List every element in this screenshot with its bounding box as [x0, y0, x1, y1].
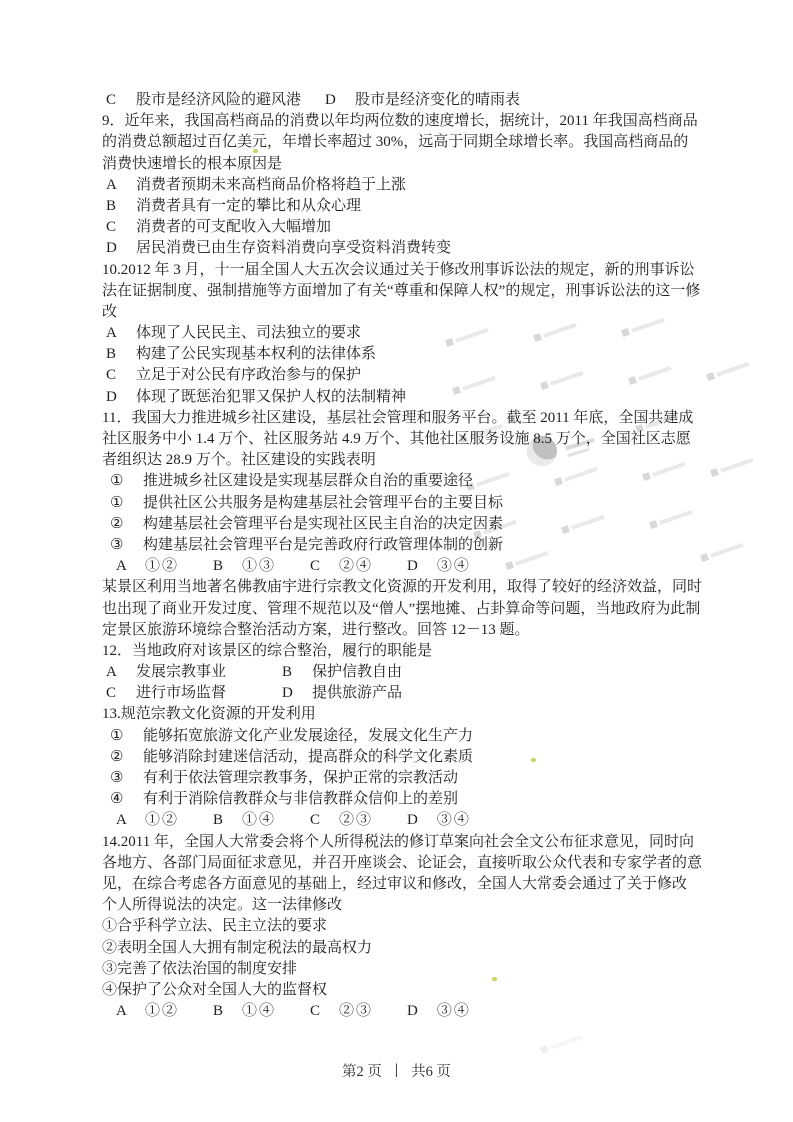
option-row: A消费者预期未来高档商品价格将趋于上涨 [102, 175, 702, 196]
option-row: A体现了人民民主、司法独立的要求 [102, 323, 702, 344]
statement-text: 能够拓宽旅游文化产业发展途径，发展文化生产力 [143, 728, 473, 744]
watermark-stamp [700, 541, 744, 562]
question-14-stem-line: 见，在综合考虑各方面意见的基础上，经过审议和修改，全国人大常委会通过了关于修改 [102, 874, 702, 895]
option-text: 立足于对公民有序政治参与的保护 [136, 367, 361, 383]
option-letter: A [106, 323, 136, 344]
exam-body: C股市是经济风险的避风港 D股市是经济变化的晴雨表 9．近年来，我国高档商品的消… [102, 90, 702, 1022]
option-letter: C [106, 90, 136, 111]
option-letter: A [106, 175, 136, 196]
statement-row: ②构建基层社会管理平台是实现社区民主自治的决定因素 [102, 514, 702, 535]
question-11-stem-line: 11．我国大力推进城乡社区建设，基层社会管理和服务平台。截至 2011 年底，全… [102, 408, 702, 429]
statement-row: ②能够消除封建迷信活动，提高群众的科学文化素质 [102, 747, 702, 768]
circled-number: ① [110, 493, 143, 514]
option-pair-row: C股市是经济风险的避风港 D股市是经济变化的晴雨表 [102, 90, 702, 111]
statement-row: ③完善了依法治国的制度安排 [102, 959, 702, 980]
statement-text: 构建基层社会管理平台是实现社区民主自治的决定因素 [143, 516, 503, 532]
option-text: 保护信教自由 [312, 664, 402, 680]
question-14-stem-line: 个人所得说法的决定。这一法律修改 [102, 895, 702, 916]
circled-number: ② [110, 514, 143, 535]
option-text: 股市是经济风险的避风港 [136, 92, 301, 108]
option-letter: B [106, 344, 136, 365]
option-text: 消费者预期未来高档商品价格将趋于上涨 [136, 177, 406, 193]
option-letter: D [106, 387, 136, 408]
option-text: 构建了公民实现基本权利的法律体系 [136, 346, 376, 362]
question-14-stem-line: 各地方、各部门局面征求意见，并召开座谈会、论证会，直接听取公众代表和专家学者的意 [102, 853, 702, 874]
statement-row: ①能够拓宽旅游文化产业发展途径，发展文化生产力 [102, 726, 702, 747]
option-letter: A [106, 662, 136, 683]
option-letter: C [106, 217, 136, 238]
question-11-stem-line: 者组织达 28.9 万个。社区建设的实践表明 [102, 450, 702, 471]
option-pair-row: C进行市场监督 D提供旅游产品 [102, 683, 702, 704]
scenario-paragraph-line: 也出现了商业开发过度、管理不规范以及“僧人”摆地摊、占卦算命等问题，当地政府为此… [102, 599, 702, 620]
option-text: 股市是经济变化的晴雨表 [355, 92, 520, 108]
question-9-stem-line: 的消费总额超过百亿美元，年增长率超过 30%，远高于同期全球增长率。我国高档商品… [102, 132, 702, 153]
option-text: 进行市场监督 [136, 685, 226, 701]
page-footer: 第2 页 | 共6 页 [0, 1060, 793, 1081]
option-letter: D [282, 683, 312, 704]
watermark-stamp [710, 456, 754, 477]
option-letter: B [282, 662, 312, 683]
option-text: 居民消费已由生存资料消费向享受资料消费转变 [136, 240, 451, 256]
watermark-stamp [540, 1033, 584, 1054]
option-row: D居民消费已由生存资料消费向享受资料消费转变 [102, 238, 702, 259]
statement-text: 构建基层社会管理平台是完善政府行政管理体制的创新 [143, 537, 503, 553]
answer-choices-row: A ①② B ①③ C ②④ D ③④ [102, 556, 702, 577]
scenario-paragraph-line: 定景区旅游环境综合整治活动方案，进行整改。回答 12－13 题。 [102, 620, 702, 641]
footer-separator: | [395, 1062, 398, 1079]
watermark-stamp [706, 360, 750, 381]
option-row: B构建了公民实现基本权利的法律体系 [102, 344, 702, 365]
scan-speck [531, 758, 536, 762]
question-14-stem-line: 14.2011 年，全国人大常委会将个人所得税法的修订草案向社会全文公布征求意见… [102, 832, 702, 853]
option-row: C消费者的可支配收入大幅增加 [102, 217, 702, 238]
option-text: 消费者具有一定的攀比和从众心理 [136, 198, 361, 214]
option-text: 发展宗教事业 [136, 664, 226, 680]
circled-number: ② [110, 747, 143, 768]
option-row: B消费者具有一定的攀比和从众心理 [102, 196, 702, 217]
answer-choices-row: A ①② B ①④ C ②③ D ③④ [102, 810, 702, 831]
option-text: 消费者的可支配收入大幅增加 [136, 219, 331, 235]
circled-number: ③ [110, 535, 143, 556]
statement-text: 推进城乡社区建设是实现基层群众自治的重要途径 [143, 473, 473, 489]
option-row: D体现了既惩治犯罪又保护人权的法制精神 [102, 387, 702, 408]
statement-row: ③构建基层社会管理平台是完善政府行政管理体制的创新 [102, 535, 702, 556]
option-row: C立足于对公民有序政治参与的保护 [102, 365, 702, 386]
statement-row: ①合乎科学立法、民主立法的要求 [102, 916, 702, 937]
question-10-stem-line: 法在证据制度、强制措施等方面增加了有关“尊重和保障人权”的规定，刑事诉讼法的这一… [102, 281, 702, 302]
question-9-stem-line: 消费快速增长的根本原因是 [102, 154, 702, 175]
question-10-stem-line: 改 [102, 302, 702, 323]
statement-row: ①推进城乡社区建设是实现基层群众自治的重要途径 [102, 471, 702, 492]
scan-speck [492, 977, 497, 981]
page-total: 共6 页 [411, 1060, 451, 1081]
option-letter: D [325, 90, 355, 111]
question-10-stem-line: 10.2012 年 3 月，十一届全国人大五次会议通过关于修改刑事诉讼法的规定，… [102, 260, 702, 281]
statement-row: ③有利于依法管理宗教事务，保护正常的宗教活动 [102, 768, 702, 789]
option-letter: D [106, 238, 136, 259]
option-text: 提供旅游产品 [312, 685, 402, 701]
statement-row: ②表明全国人大拥有制定税法的最高权力 [102, 938, 702, 959]
statement-text: 有利于消除信教群众与非信教群众信仰上的差别 [143, 791, 458, 807]
circled-number: ④ [110, 789, 143, 810]
statement-row: ④有利于消除信教群众与非信教群众信仰上的差别 [102, 789, 702, 810]
question-13-stem-line: 13.规范宗教文化资源的开发利用 [102, 704, 702, 725]
question-11-stem-line: 社区服务中小 1.4 万个、社区服务站 4.9 万个、其他社区服务设施 8.5 … [102, 429, 702, 450]
statement-text: 能够消除封建迷信活动，提高群众的科学文化素质 [143, 749, 473, 765]
scan-speck [253, 149, 258, 153]
page-number: 第2 页 [342, 1060, 382, 1081]
question-12-stem-line: 12．当地政府对该景区的综合整治，履行的职能是 [102, 641, 702, 662]
option-letter: C [106, 683, 136, 704]
exam-page: C股市是经济风险的避风港 D股市是经济变化的晴雨表 9．近年来，我国高档商品的消… [0, 0, 793, 1122]
option-letter: C [106, 365, 136, 386]
statement-text: 提供社区公共服务是构建基层社会管理平台的主要目标 [143, 495, 503, 511]
option-pair-row: A发展宗教事业 B保护信教自由 [102, 662, 702, 683]
statement-row: ①提供社区公共服务是构建基层社会管理平台的主要目标 [102, 493, 702, 514]
scenario-paragraph-line: 某景区利用当地著名佛教庙宇进行宗教文化资源的开发利用，取得了较好的经济效益，同时 [102, 577, 702, 598]
circled-number: ① [110, 471, 143, 492]
option-text: 体现了既惩治犯罪又保护人权的法制精神 [136, 389, 406, 405]
circled-number: ① [110, 726, 143, 747]
statement-text: 有利于依法管理宗教事务，保护正常的宗教活动 [143, 770, 458, 786]
circled-number: ③ [110, 768, 143, 789]
option-letter: B [106, 196, 136, 217]
option-text: 体现了人民民主、司法独立的要求 [136, 325, 361, 341]
question-9-stem-line: 9．近年来，我国高档商品的消费以年均两位数的速度增长，据统计，2011 年我国高… [102, 111, 702, 132]
answer-choices-row: A ①② B ①④ C ②③ D ③④ [102, 1001, 702, 1022]
statement-row: ④保护了公众对全国人大的监督权 [102, 980, 702, 1001]
